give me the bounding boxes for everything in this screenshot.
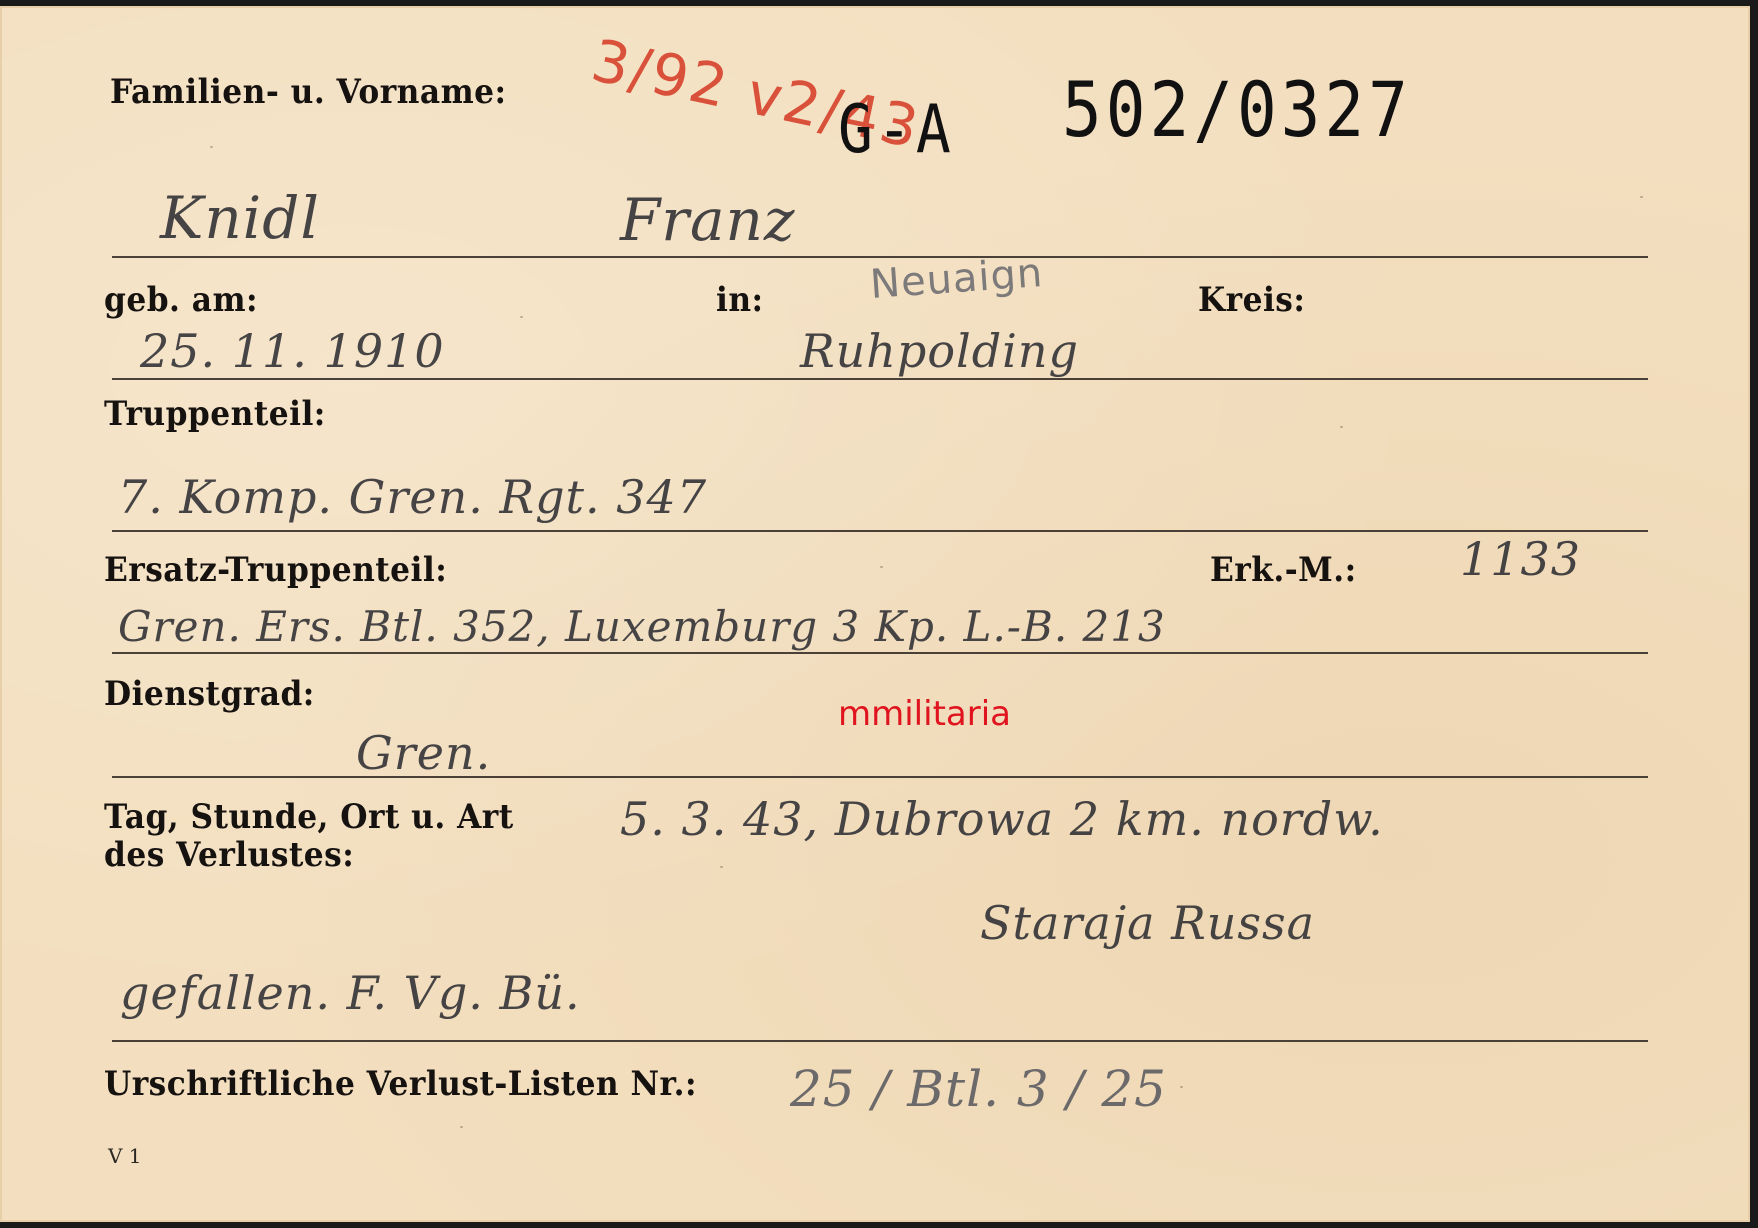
paper-speck (460, 1126, 463, 1128)
paper-speck (210, 146, 213, 148)
unit-value: 7. Komp. Gren. Rgt. 347 (118, 470, 707, 524)
loss-line-1: 5. 3. 43, Dubrowa 2 km. nordw. (620, 792, 1384, 846)
rank-label: Dienstgrad: (104, 674, 315, 714)
name-rule (112, 256, 1648, 258)
district-label: Kreis: (1198, 280, 1305, 320)
id-tag-value: 1133 (1460, 532, 1581, 586)
surname-value: Knidl (160, 184, 320, 252)
watermark: mmilitaria (838, 694, 1011, 734)
birth-place-value: Ruhpolding (800, 324, 1079, 378)
birth-place-annotation: Neuaign (869, 250, 1045, 308)
form-code: V 1 (108, 1144, 142, 1168)
replacement-unit-label: Ersatz-Truppenteil: (104, 550, 447, 590)
unit-label: Truppenteil: (104, 394, 326, 434)
birth-date-value: 25. 11. 1910 (140, 324, 445, 378)
typed-number-stamp: 502/0327 (1062, 66, 1412, 155)
paper-speck (720, 866, 723, 868)
paper-speck (520, 316, 523, 318)
rank-value: Gren. (356, 726, 491, 780)
first-name-value: Franz (620, 186, 795, 254)
birth-date-label: geb. am: (104, 280, 258, 320)
paper-speck (1180, 1086, 1183, 1088)
typed-prefix-stamp: G-A (838, 90, 955, 168)
name-label: Familien- u. Vorname: (110, 72, 507, 112)
replacement-unit-value: Gren. Ers. Btl. 352, Luxemburg 3 Kp. L.-… (118, 602, 1166, 651)
birth-rule (112, 378, 1648, 380)
unit-rule (112, 530, 1648, 532)
loss-list-label: Urschriftliche Verlust-Listen Nr.: (104, 1064, 697, 1104)
paper-speck (1340, 426, 1343, 428)
replacement-unit-rule (112, 652, 1648, 654)
paper-speck (1640, 196, 1643, 198)
paper-speck (880, 566, 883, 568)
index-card: 3/92 v2/43 G-A 502/0327 Familien- u. Vor… (0, 6, 1750, 1222)
loss-line-3: gefallen. F. Vg. Bü. (120, 966, 581, 1020)
loss-list-value: 25 / Btl. 3 / 25 (790, 1060, 1167, 1118)
loss-rule (112, 1040, 1648, 1042)
rank-rule (112, 776, 1648, 778)
id-tag-label: Erk.-M.: (1210, 550, 1357, 590)
loss-label: Tag, Stunde, Ort u. Art des Verlustes: (104, 798, 514, 874)
birth-place-label: in: (716, 280, 764, 320)
loss-line-2: Staraja Russa (980, 896, 1315, 950)
